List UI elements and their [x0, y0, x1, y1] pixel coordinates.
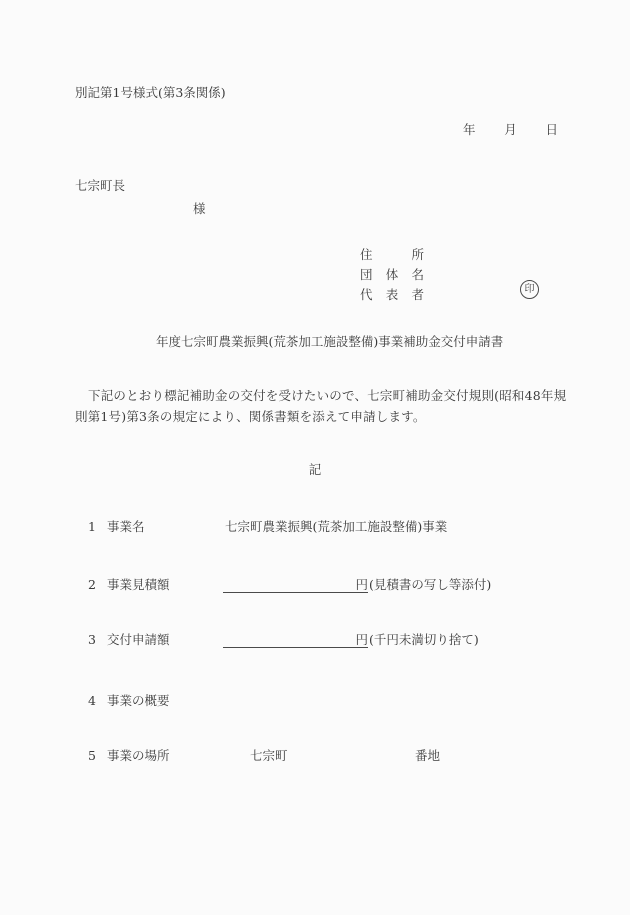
item-number: 5 [88, 747, 96, 764]
location-suffix: 番地 [415, 747, 440, 764]
applicant-representative-row: 代表者 [360, 286, 424, 306]
item-note: (千円未満切り捨て) [369, 631, 479, 648]
date-month-label: 月 [504, 121, 517, 138]
currency-unit: 円 [355, 632, 368, 647]
applicant-block: 住所 団体名 代表者 [360, 246, 424, 306]
seal-icon: 印 [520, 280, 539, 299]
form-code: 別記第1号様式(第3条関係) [75, 84, 226, 101]
estimate-amount-blank-line: 円 [223, 576, 368, 593]
applicant-address-row: 住所 [360, 246, 424, 266]
item-project-outline: 4 事業の概要 [0, 692, 630, 710]
addressee-title: 七宗町長 [75, 177, 125, 194]
item-application-amount: 3 交付申請額 円 (千円未満切り捨て) [0, 631, 630, 649]
addressee-honorific: 様 [193, 200, 206, 217]
application-amount-blank-line: 円 [223, 631, 368, 648]
date-line: 年 月 日 [463, 121, 558, 138]
applicant-organization-row: 団体名 [360, 266, 424, 286]
seal-label: 印 [525, 285, 535, 295]
item-number: 3 [88, 631, 96, 648]
item-label: 事業見積額 [107, 576, 170, 593]
application-form-document: 別記第1号様式(第3条関係) 年 月 日 七宗町長 様 住所 団体名 代表者 印… [0, 0, 630, 915]
document-title: 年度七宗町農業振興(荒茶加工施設整備)事業補助金交付申請書 [156, 333, 503, 350]
item-project-name: 1 事業名 七宗町農業振興(荒茶加工施設整備)事業 [0, 518, 630, 536]
currency-unit: 円 [355, 577, 368, 592]
location-prefix: 七宗町 [250, 747, 288, 764]
applicant-representative-label: 代表者 [360, 286, 424, 303]
body-paragraph: 下記のとおり標記補助金の交付を受けたいので、七宗町補助金交付規則(昭和48年規則… [75, 386, 575, 427]
item-label: 事業の場所 [107, 747, 170, 764]
item-estimate-amount: 2 事業見積額 円 (見積書の写し等添付) [0, 576, 630, 594]
item-number: 4 [88, 692, 96, 709]
item-note: (見積書の写し等添付) [369, 576, 491, 593]
item-label: 事業名 [107, 518, 145, 535]
applicant-organization-label: 団体名 [360, 266, 424, 283]
date-day-label: 日 [545, 121, 558, 138]
applicant-address-label: 住所 [360, 246, 424, 263]
item-label: 事業の概要 [107, 692, 170, 709]
item-number: 1 [88, 518, 96, 535]
date-year-label: 年 [463, 121, 476, 138]
item-value: 七宗町農業振興(荒茶加工施設整備)事業 [225, 518, 447, 535]
item-number: 2 [88, 576, 96, 593]
item-project-location: 5 事業の場所 七宗町 番地 [0, 747, 630, 765]
record-marker: 記 [0, 461, 630, 478]
item-label: 交付申請額 [107, 631, 170, 648]
